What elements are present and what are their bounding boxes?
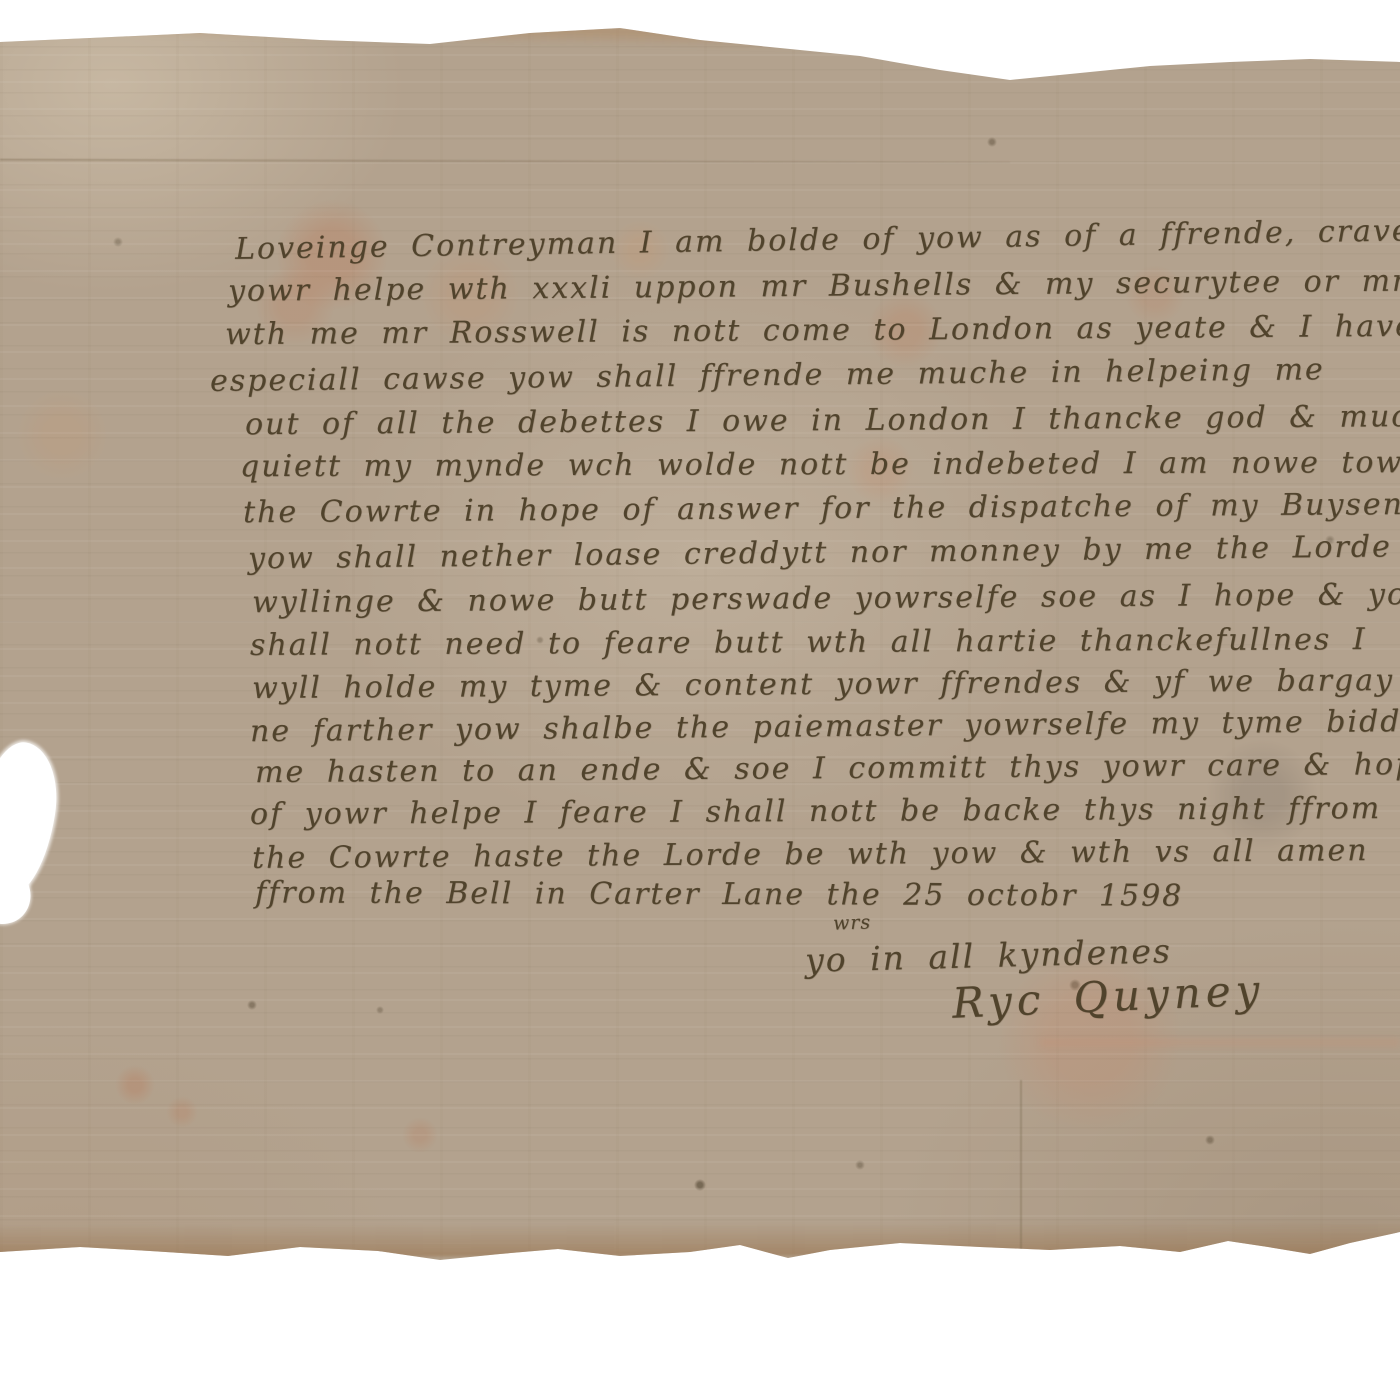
letter-line: the Cowrte haste the Lorde be wth yow & … <box>252 833 1369 876</box>
letter-dateline: ffrom the Bell in Carter Lane the 25 oct… <box>255 875 1183 913</box>
letter-line: wth me mr Rosswell is nott come to Londo… <box>225 309 1400 352</box>
letter-line: shall nott need to feare butt wth all ha… <box>250 622 1367 663</box>
letter-line: quiett my mynde wch wolde nott be indebe… <box>240 445 1400 484</box>
letter-line: of yowr helpe I feare I shall nott be ba… <box>250 791 1381 832</box>
letter-line: wyllinge & nowe butt perswade yowrselfe … <box>252 577 1400 620</box>
letter-line: out of all the debettes I owe in London … <box>245 399 1400 442</box>
manuscript-paper: Loveinge Contreyman I am bolde of yow as… <box>0 0 1400 1400</box>
letter-line: especiall cawse yow shall ffrende me muc… <box>210 352 1325 399</box>
letter-line: the Cowrte in hope of answer for the dis… <box>243 487 1400 530</box>
letter-line: yowr helpe wth xxxli uppon mr Bushells &… <box>228 262 1400 309</box>
letter-line: Loveinge Contreyman I am bolde of yow as… <box>235 212 1400 267</box>
letter-line: me hasten to an ende & soe I committ thy… <box>255 747 1400 790</box>
closing-superscript: wrs <box>833 911 872 934</box>
letter-line: wyll holde my tyme & content yowr ffrend… <box>252 663 1394 706</box>
letter-body: Loveinge Contreyman I am bolde of yow as… <box>0 0 1400 1400</box>
letter-line: yow shall nether loase creddytt nor monn… <box>248 529 1400 577</box>
letter-line: ne farther yow shalbe the paiemaster yow… <box>250 704 1400 749</box>
photo-background: Loveinge Contreyman I am bolde of yow as… <box>0 0 1400 1400</box>
